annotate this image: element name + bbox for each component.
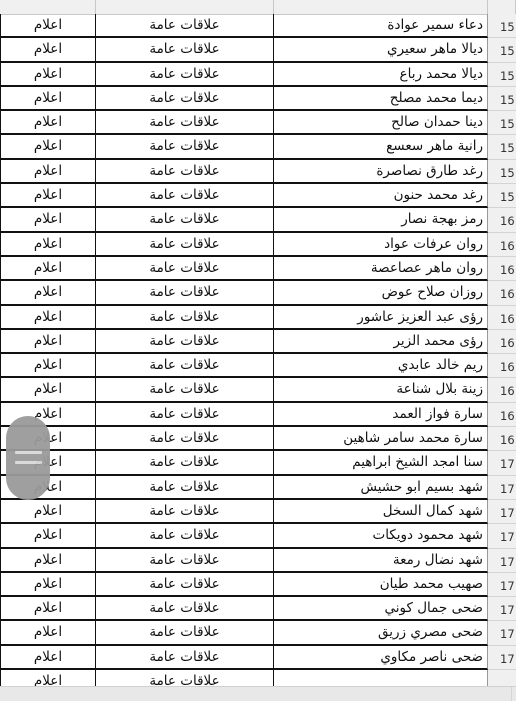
department-cell[interactable]: علاقات عامة <box>96 184 274 208</box>
major-cell[interactable]: اعلام <box>0 330 96 354</box>
name-cell[interactable]: ضحى ناصر مكاوي <box>274 646 488 670</box>
horizontal-scrollbar[interactable] <box>0 686 516 701</box>
table-row: اعلامعلاقات عامةرؤى عبد العزيز عاشور16 <box>0 306 516 330</box>
table-row: اعلامعلاقات عامةزينة بلال شناعة16 <box>0 378 516 402</box>
name-cell[interactable]: روان ماهر عصاعصة <box>274 257 488 281</box>
major-cell[interactable]: اعلام <box>0 233 96 257</box>
name-cell[interactable]: شهد نضال رمعة <box>274 549 488 573</box>
name-cell[interactable]: ضحى جمال كوني <box>274 597 488 621</box>
name-cell[interactable]: ديما محمد مصلح <box>274 87 488 111</box>
table-row: اعلامعلاقات عامةديالا ماهر سعيري15 <box>0 38 516 62</box>
row-number[interactable]: 15 <box>488 87 516 111</box>
table-row: اعلامعلاقات عامة <box>0 670 516 686</box>
name-cell[interactable]: رؤى محمد الزير <box>274 330 488 354</box>
row-number[interactable]: 16 <box>488 257 516 281</box>
name-cell[interactable]: روان عرفات عواد <box>274 233 488 257</box>
name-cell[interactable]: دينا حمدان صالح <box>274 111 488 135</box>
department-cell[interactable]: علاقات عامة <box>96 597 274 621</box>
name-cell[interactable]: روزان صلاح عوض <box>274 281 488 305</box>
name-cell[interactable]: سارة محمد سامر شاهين <box>274 427 488 451</box>
major-cell[interactable]: اعلام <box>0 208 96 232</box>
table-row: اعلامعلاقات عامةرانية ماهر سعسع15 <box>0 135 516 159</box>
major-cell[interactable]: اعلام <box>0 184 96 208</box>
major-cell[interactable]: اعلام <box>0 111 96 135</box>
column-header-department[interactable] <box>96 0 274 14</box>
row-number[interactable]: 15 <box>488 184 516 208</box>
department-cell[interactable]: علاقات عامة <box>96 451 274 475</box>
department-cell[interactable]: علاقات عامة <box>96 257 274 281</box>
row-number[interactable]: 15 <box>488 38 516 62</box>
major-cell[interactable]: اعلام <box>0 281 96 305</box>
name-cell[interactable]: سنا امجد الشيخ ابراهيم <box>274 451 488 475</box>
table-body: اعلامعلاقات عامةدعاء سمير عوادة15اعلامعل… <box>0 14 516 686</box>
department-cell[interactable]: علاقات عامة <box>96 500 274 524</box>
major-cell[interactable]: اعلام <box>0 524 96 548</box>
table-row: اعلامعلاقات عامةسنا امجد الشيخ ابراهيم17 <box>0 451 516 475</box>
major-cell[interactable]: اعلام <box>0 549 96 573</box>
name-cell[interactable]: شهد كمال السخل <box>274 500 488 524</box>
row-number[interactable]: 16 <box>488 281 516 305</box>
name-cell[interactable]: ريم خالد عابدي <box>274 354 488 378</box>
row-number[interactable]: 17 <box>488 476 516 500</box>
department-cell[interactable]: علاقات عامة <box>96 38 274 62</box>
table-row: اعلامعلاقات عامةرؤى محمد الزير16 <box>0 330 516 354</box>
department-cell[interactable]: علاقات عامة <box>96 621 274 645</box>
major-cell[interactable]: اعلام <box>0 38 96 62</box>
table-row: اعلامعلاقات عامةضحى مصري زريق17 <box>0 621 516 645</box>
row-number[interactable]: 17 <box>488 646 516 670</box>
table-row: اعلامعلاقات عامةصهيب محمد طيان17 <box>0 573 516 597</box>
name-cell[interactable]: رانية ماهر سعسع <box>274 135 488 159</box>
major-cell[interactable]: اعلام <box>0 621 96 645</box>
row-number[interactable]: 15 <box>488 135 516 159</box>
row-number[interactable]: 17 <box>488 573 516 597</box>
table-row: اعلامعلاقات عامةديما محمد مصلح15 <box>0 87 516 111</box>
department-cell[interactable]: علاقات عامة <box>96 63 274 87</box>
row-number[interactable]: 17 <box>488 500 516 524</box>
name-cell[interactable]: رؤى عبد العزيز عاشور <box>274 306 488 330</box>
table-row: اعلامعلاقات عامةرمز بهجة نصار16 <box>0 208 516 232</box>
major-cell[interactable]: اعلام <box>0 646 96 670</box>
table-row: اعلامعلاقات عامةدينا حمدان صالح15 <box>0 111 516 135</box>
name-cell[interactable]: رمز بهجة نصار <box>274 208 488 232</box>
table-row: اعلامعلاقات عامةرغد محمد حنون15 <box>0 184 516 208</box>
name-cell[interactable]: رغد محمد حنون <box>274 184 488 208</box>
column-header-strip <box>0 0 516 15</box>
department-cell[interactable]: علاقات عامة <box>96 233 274 257</box>
department-cell[interactable]: علاقات عامة <box>96 87 274 111</box>
department-cell[interactable]: علاقات عامة <box>96 354 274 378</box>
department-cell[interactable]: علاقات عامة <box>96 330 274 354</box>
department-cell[interactable]: علاقات عامة <box>96 427 274 451</box>
table-row: اعلامعلاقات عامةروان عرفات عواد16 <box>0 233 516 257</box>
name-cell[interactable]: دعاء سمير عوادة <box>274 14 488 38</box>
department-cell[interactable]: علاقات عامة <box>96 160 274 184</box>
row-number[interactable] <box>488 670 516 686</box>
major-cell[interactable]: اعلام <box>0 135 96 159</box>
major-cell[interactable]: اعلام <box>0 306 96 330</box>
major-cell[interactable]: اعلام <box>0 573 96 597</box>
name-cell[interactable]: سارة فواز العمد <box>274 403 488 427</box>
major-cell[interactable]: اعلام <box>0 500 96 524</box>
major-cell[interactable]: اعلام <box>0 597 96 621</box>
row-number[interactable]: 17 <box>488 451 516 475</box>
table-row: اعلامعلاقات عامةريم خالد عابدي16 <box>0 354 516 378</box>
department-cell[interactable]: علاقات عامة <box>96 208 274 232</box>
row-number[interactable]: 16 <box>488 378 516 402</box>
major-cell[interactable]: اعلام <box>0 87 96 111</box>
table-row: اعلامعلاقات عامةسارة فواز العمد16 <box>0 403 516 427</box>
row-number[interactable]: 15 <box>488 111 516 135</box>
row-number[interactable]: 15 <box>488 160 516 184</box>
name-cell[interactable]: ضحى مصري زريق <box>274 621 488 645</box>
name-cell[interactable]: شهد محمود دويكات <box>274 524 488 548</box>
table-row: اعلامعلاقات عامةسارة محمد سامر شاهين16 <box>0 427 516 451</box>
row-number[interactable]: 17 <box>488 524 516 548</box>
corner-header[interactable] <box>488 0 516 14</box>
major-cell[interactable]: اعلام <box>0 14 96 38</box>
table-row: اعلامعلاقات عامةروان ماهر عصاعصة16 <box>0 257 516 281</box>
department-cell[interactable]: علاقات عامة <box>96 281 274 305</box>
table-row: اعلامعلاقات عامةروزان صلاح عوض16 <box>0 281 516 305</box>
table-row: اعلامعلاقات عامةرغد طارق نصاصرة15 <box>0 160 516 184</box>
scroll-drag-handle[interactable] <box>6 416 50 500</box>
row-number[interactable]: 15 <box>488 14 516 38</box>
row-number[interactable]: 16 <box>488 208 516 232</box>
row-number[interactable]: 15 <box>488 63 516 87</box>
table-row: اعلامعلاقات عامةديالا محمد رباع15 <box>0 63 516 87</box>
department-cell[interactable]: علاقات عامة <box>96 14 274 38</box>
name-cell[interactable]: زينة بلال شناعة <box>274 378 488 402</box>
major-cell[interactable]: اعلام <box>0 160 96 184</box>
table-row: اعلامعلاقات عامةشهد نضال رمعة17 <box>0 549 516 573</box>
department-cell[interactable]: علاقات عامة <box>96 403 274 427</box>
row-number[interactable]: 16 <box>488 427 516 451</box>
row-number[interactable]: 16 <box>488 233 516 257</box>
table-row: اعلامعلاقات عامةضحى جمال كوني17 <box>0 597 516 621</box>
row-number[interactable]: 16 <box>488 354 516 378</box>
department-cell[interactable]: علاقات عامة <box>96 573 274 597</box>
row-number[interactable]: 17 <box>488 549 516 573</box>
major-cell[interactable]: اعلام <box>0 257 96 281</box>
name-cell[interactable]: صهيب محمد طيان <box>274 573 488 597</box>
major-cell[interactable]: اعلام <box>0 670 96 686</box>
row-number[interactable]: 16 <box>488 306 516 330</box>
scrollbar-divider <box>511 687 512 701</box>
name-cell[interactable]: ديالا ماهر سعيري <box>274 38 488 62</box>
table-row: اعلامعلاقات عامةشهد محمود دويكات17 <box>0 524 516 548</box>
row-number[interactable]: 17 <box>488 597 516 621</box>
department-cell[interactable]: علاقات عامة <box>96 135 274 159</box>
column-header-major[interactable] <box>0 0 96 14</box>
department-cell[interactable]: علاقات عامة <box>96 378 274 402</box>
department-cell[interactable]: علاقات عامة <box>96 306 274 330</box>
row-number[interactable]: 16 <box>488 403 516 427</box>
table-row: اعلامعلاقات عامةدعاء سمير عوادة15 <box>0 14 516 38</box>
department-cell[interactable]: علاقات عامة <box>96 646 274 670</box>
column-header-name[interactable] <box>274 0 488 14</box>
name-cell[interactable] <box>274 670 488 686</box>
major-cell[interactable]: اعلام <box>0 378 96 402</box>
table-row: اعلامعلاقات عامةشهد كمال السخل17 <box>0 500 516 524</box>
spreadsheet-grid: اعلامعلاقات عامةدعاء سمير عوادة15اعلامعل… <box>0 0 516 686</box>
name-cell[interactable]: ديالا محمد رباع <box>274 63 488 87</box>
drag-handle-icon <box>15 461 42 464</box>
major-cell[interactable]: اعلام <box>0 354 96 378</box>
department-cell[interactable]: علاقات عامة <box>96 549 274 573</box>
department-cell[interactable]: علاقات عامة <box>96 111 274 135</box>
department-cell[interactable]: علاقات عامة <box>96 476 274 500</box>
major-cell[interactable]: اعلام <box>0 63 96 87</box>
row-number[interactable]: 17 <box>488 621 516 645</box>
name-cell[interactable]: شهد بسيم ابو حشيش <box>274 476 488 500</box>
drag-handle-icon <box>15 451 42 454</box>
table-row: اعلامعلاقات عامةشهد بسيم ابو حشيش17 <box>0 476 516 500</box>
department-cell[interactable]: علاقات عامة <box>96 524 274 548</box>
name-cell[interactable]: رغد طارق نصاصرة <box>274 160 488 184</box>
row-number[interactable]: 16 <box>488 330 516 354</box>
table-row: اعلامعلاقات عامةضحى ناصر مكاوي17 <box>0 646 516 670</box>
department-cell[interactable]: علاقات عامة <box>96 670 274 686</box>
